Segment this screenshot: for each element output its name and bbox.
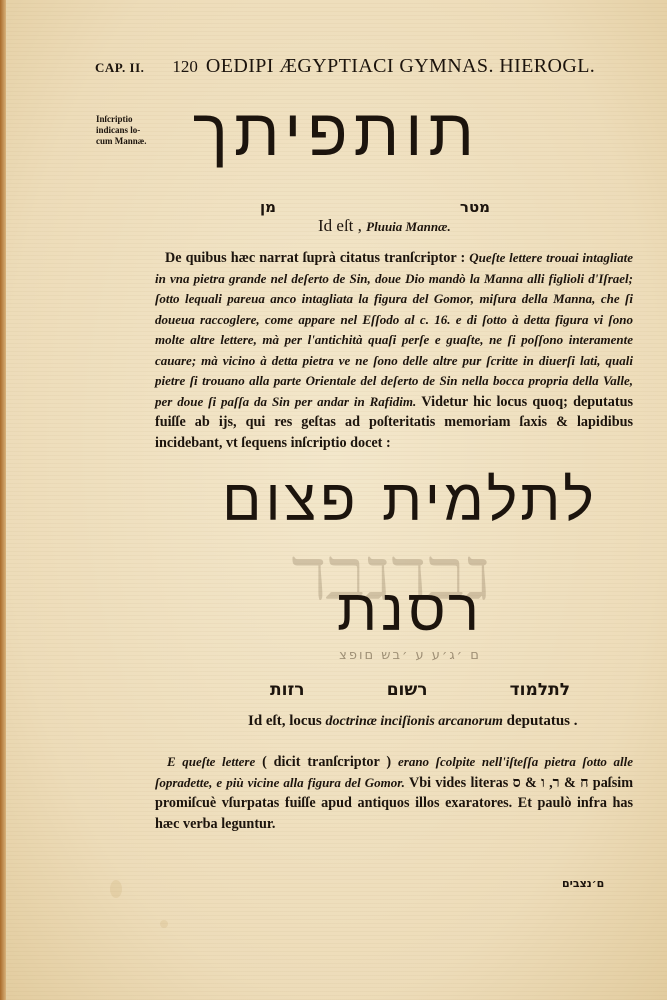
idest-prefix: Id eſt, locus <box>248 713 322 729</box>
running-title: OEDIPI ÆGYPTIACI GYMNAS. HIEROGL. <box>206 55 595 78</box>
hebrew-transliteration: לתלמוד רשום רזות <box>270 680 570 700</box>
hebrew-inscription-2-line-2: רסנת <box>320 575 500 645</box>
running-header: CAP. II. 120 OEDIPI ÆGYPTIACI GYMNAS. HI… <box>95 55 567 78</box>
p2-roman-1: ( dicit tranſcriptor ) <box>262 754 391 770</box>
page-edge <box>0 0 6 1000</box>
italian-quote: Queſte lettere trouai intagliate in vna … <box>155 250 633 409</box>
catchword: ם׳נצבים <box>562 877 604 890</box>
paragraph-2: E queſte lettere ( dicit tranſcriptor ) … <box>155 752 633 834</box>
idest-suffix: deputatus . <box>507 713 578 729</box>
p2-italic-1: E queſte lettere <box>155 754 255 769</box>
paper-stain <box>160 920 168 928</box>
page-number: 120 <box>172 57 198 77</box>
idest-translation: Pluuia Mannæ. <box>366 219 451 234</box>
paragraph-1: De quibus hæc narrat ſuprà citatus tranſ… <box>155 248 633 453</box>
hebrew-inscription-2-line-1: לתלמית פצום <box>220 455 600 545</box>
hebrew-word-matar: מטר <box>460 198 490 216</box>
idest-italic: doctrinæ inciſionis arcanorum <box>326 714 503 729</box>
marginal-note: Inſcriptio indicans lo-cum Mannæ. <box>96 114 156 147</box>
translation-line-2: Id eſt, locus doctrinæ inciſionis arcano… <box>248 713 578 730</box>
hebrew-word: רזות <box>270 680 305 700</box>
hebrew-word: לתלמוד <box>510 680 570 700</box>
small-hebrew-faint: ם ׳ג׳ע ע ׳בש םופצ <box>290 648 530 663</box>
translation-line-1: Id eſt , Pluuia Mannæ. <box>318 216 451 236</box>
paper-stain <box>110 880 122 898</box>
hebrew-word: רשום <box>387 680 428 700</box>
hebrew-inscription-1: תותפיתך <box>250 88 480 178</box>
hebrew-word-man: מן <box>260 198 276 216</box>
paragraph-1-lead: De quibus hæc narrat ſuprà citatus tranſ… <box>155 250 465 266</box>
idest-prefix: Id eſt , <box>318 216 362 235</box>
chapter-label: CAP. II. <box>95 60 144 76</box>
